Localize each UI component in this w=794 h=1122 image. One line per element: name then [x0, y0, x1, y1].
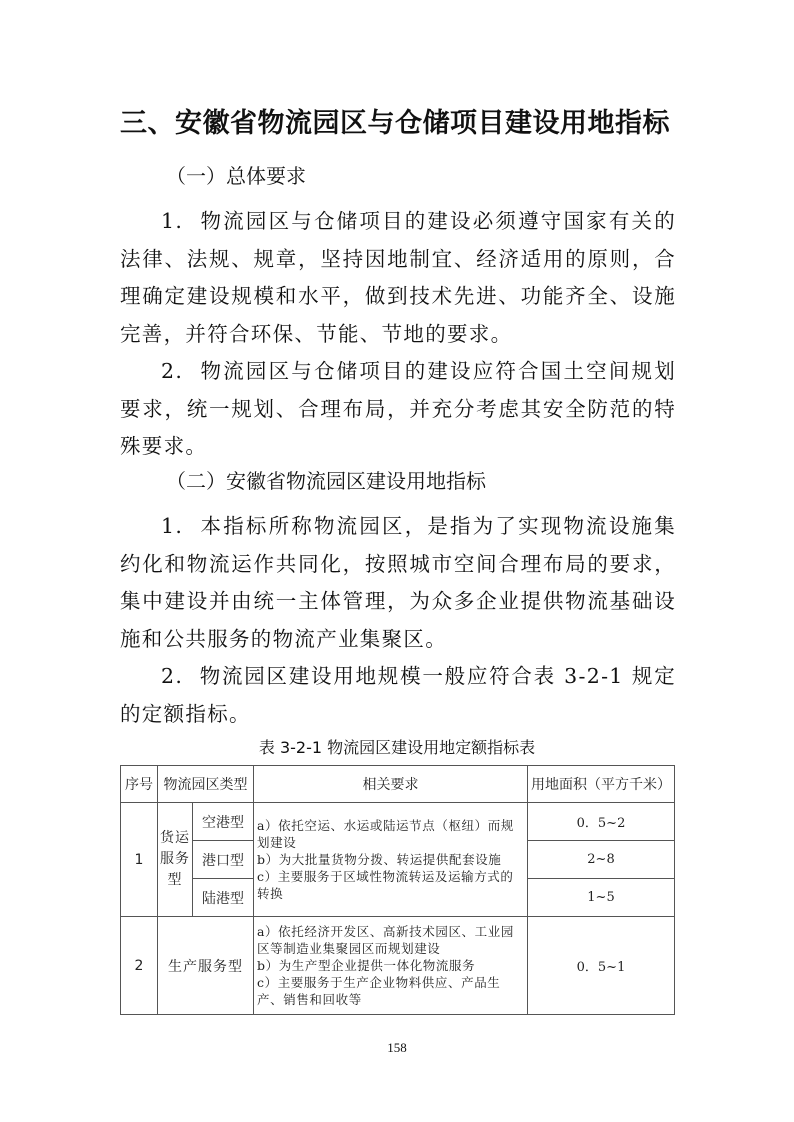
land-quota-table: 序号 物流园区类型 相关要求 用地面积（平方千米） 1 货运 服务 型 空港型 … — [120, 765, 675, 1015]
header-requirements: 相关要求 — [254, 766, 528, 803]
requirement-item: b）为生产型企业提供一体化物流服务 — [257, 957, 524, 974]
table-header-row: 序号 物流园区类型 相关要求 用地面积（平方千米） — [121, 766, 675, 803]
area-dryport: 1~5 — [528, 879, 675, 917]
header-seq: 序号 — [121, 766, 158, 803]
row-category: 货运 服务 型 — [158, 803, 193, 917]
row-requirements: a）依托经济开发区、高新技术园区、工业园区等制造业集聚园区而规划建设 b）为生产… — [254, 917, 528, 1015]
category-line: 货运 — [158, 828, 192, 849]
header-area: 用地面积（平方千米） — [528, 766, 675, 803]
table-row: 2 生产服务型 a）依托经济开发区、高新技术园区、工业园区等制造业集聚园区而规划… — [121, 917, 675, 1015]
area-production: 0．5~1 — [528, 917, 675, 1015]
paragraph-park-1: 1. 本指标所称物流园区，是指为了实现物流设施集约化和物流运作共同化，按照城市空… — [120, 508, 676, 658]
page-number: 158 — [0, 1040, 794, 1056]
area-airport: 0．5~2 — [528, 803, 675, 841]
category-line: 服务 — [158, 849, 192, 870]
requirement-item: c）主要服务于生产企业物料供应、产品生产、销售和回收等 — [257, 974, 524, 1008]
requirement-item: a）依托经济开发区、高新技术园区、工业园区等制造业集聚园区而规划建设 — [257, 923, 524, 957]
requirement-item: c）主要服务于区域性物流转运及运输方式的转换 — [257, 868, 524, 902]
subtype-seaport: 港口型 — [193, 841, 254, 879]
row-seq: 2 — [121, 917, 158, 1015]
paragraph-general-1: 1. 物流园区与仓储项目的建设必须遵守国家有关的法律、法规、规章，坚持因地制宜、… — [120, 203, 676, 353]
row-requirements: a）依托空运、水运或陆运节点（枢纽）而规划建设 b）为大批量货物分拨、转运提供配… — [254, 803, 528, 917]
header-type: 物流园区类型 — [158, 766, 254, 803]
paragraph-park-2: 2. 物流园区建设用地规模一般应符合表 3-2-1 规定的定额指标。 — [120, 658, 676, 733]
row-category: 生产服务型 — [158, 917, 254, 1015]
paragraph-general-2: 2. 物流园区与仓储项目的建设应符合国土空间规划要求，统一规划、合理布局，并充分… — [120, 353, 676, 466]
subtype-dryport: 陆港型 — [193, 879, 254, 917]
area-seaport: 2~8 — [528, 841, 675, 879]
requirement-item: b）为大批量货物分拨、转运提供配套设施 — [257, 851, 524, 868]
table-row: 1 货运 服务 型 空港型 a）依托空运、水运或陆运节点（枢纽）而规划建设 b）… — [121, 803, 675, 841]
requirement-item: a）依托空运、水运或陆运节点（枢纽）而规划建设 — [257, 817, 524, 851]
section-heading-general: （一）总体要求 — [166, 162, 686, 190]
table-caption: 表 3-2-1 物流园区建设用地定额指标表 — [120, 737, 674, 759]
category-line: 型 — [158, 870, 192, 891]
document-page: 三、安徽省物流园区与仓储项目建设用地指标 （一）总体要求 1. 物流园区与仓储项… — [0, 0, 794, 1122]
row-seq: 1 — [121, 803, 158, 917]
subtype-airport: 空港型 — [193, 803, 254, 841]
chapter-heading: 三、安徽省物流园区与仓储项目建设用地指标 — [120, 106, 720, 142]
section-heading-park-index: （二）安徽省物流园区建设用地指标 — [166, 467, 686, 495]
